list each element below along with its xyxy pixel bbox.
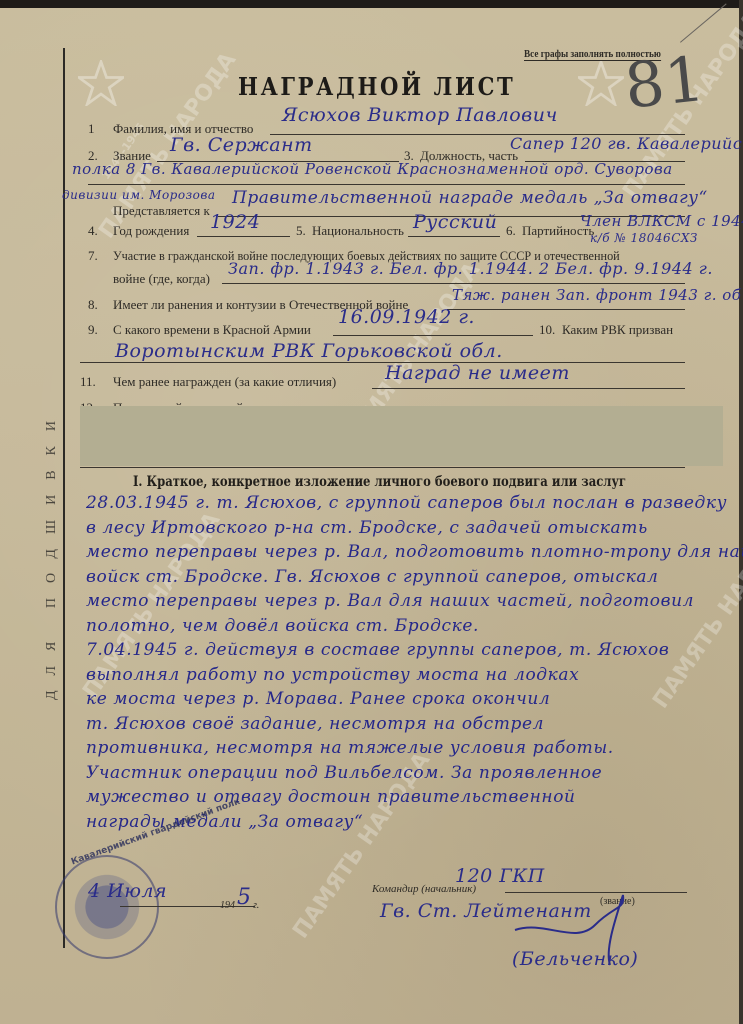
date-year-suffix: 5 [237, 885, 252, 910]
field-11-line [372, 388, 685, 389]
commander-unit: 120 ГКП [455, 865, 545, 887]
field-2-value: Гв. Сержант [170, 134, 313, 156]
field-10-line [80, 362, 685, 363]
field-7-number: 7. [88, 248, 98, 264]
field-10-label: Каким РВК призван [562, 322, 673, 338]
body-line: ке моста через р. Морава. Ранее срока ок… [86, 689, 550, 709]
body-line: выполнял работу по устройству моста на л… [86, 665, 579, 685]
field-7-value: Зап. фр. 1.1943 г. Бел. фр. 1.1944. 2 Бе… [228, 259, 713, 278]
field-6-number: 6. [506, 223, 516, 239]
field-11-value: Наград не имеет [385, 362, 570, 384]
field-10-value: Воротынским РВК Горьковской обл. [115, 340, 503, 362]
field-4-label: Год рождения [113, 223, 189, 239]
field-5-label: Национальность [312, 223, 404, 239]
field-8-number: 8. [88, 297, 98, 313]
body-line: в лесу Иртовского р-на ст. Бродске, с за… [86, 518, 648, 538]
scan-right-edge [739, 0, 743, 1024]
field-9-number: 9. [88, 322, 98, 338]
body-line: 7.04.1945 г. действуя в составе группы с… [86, 640, 669, 660]
field-8-line [447, 309, 685, 310]
scan-top-edge [0, 0, 743, 8]
section-1-heading: I. Краткое, конкретное изложение личного… [133, 474, 626, 490]
redacted-address-block [80, 406, 723, 466]
nominated-label: Представляется к [113, 203, 210, 219]
field-5-number: 5. [296, 223, 306, 239]
official-stamp [55, 855, 159, 959]
field-6-value: Член ВЛКСМ с 1944 [580, 212, 743, 230]
date-day-month: 4 Июля [88, 880, 167, 902]
field-6-value-line-2: к/б № 18046СХЗ [590, 231, 698, 245]
field-5-line [408, 236, 500, 237]
date-year-unit: г. [253, 900, 259, 911]
archive-corner-mark: 81 [621, 42, 708, 123]
body-line: место переправы через р. Вал, подготовит… [86, 542, 743, 562]
body-line: Участник операции под Вильбелсом. За про… [86, 763, 602, 783]
field-9-value: 16.09.1942 г. [338, 306, 475, 328]
field-7-label-line-2: войне (где, когда) [113, 271, 210, 287]
field-3-value: Сапер 120 гв. Кавалерийского [510, 134, 743, 153]
field-8-value: Тяж. ранен Зап. фронт 1943 г. об. [452, 286, 743, 304]
field-11-label: Чем ранее награжден (за какие отличия) [113, 374, 336, 390]
body-line: награды медали „За отвагу“ [86, 812, 363, 832]
binding-margin-rule [63, 48, 65, 948]
body-line: войск ст. Бродске. Гв. Ясюхов с группой … [86, 567, 659, 587]
field-5-value: Русский [413, 211, 497, 233]
body-line: место переправы через р. Вал для наших ч… [86, 591, 694, 611]
field-3-value-line-2: полка 8 Гв. Кавалерийской Ровенской Крас… [72, 160, 673, 178]
field-12-line [80, 467, 685, 468]
commander-signature: (Бельченко) [512, 948, 638, 970]
body-line: т. Ясюхов своё задание, несмотря на обст… [86, 714, 544, 734]
nominated-value: Правительственной награде медаль „За отв… [232, 188, 708, 208]
binding-margin-label: ДЛЯ ПОДШИВКИ [44, 406, 60, 700]
watermark-star-icon [78, 60, 124, 106]
field-10-number: 10. [539, 322, 555, 338]
body-line: 28.03.1945 г. т. Ясюхов, с группой сапер… [86, 493, 727, 513]
field-4-number: 4. [88, 223, 98, 239]
field-4-line [197, 236, 290, 237]
field-3-continuation-line [88, 184, 685, 185]
field-1-number: 1 [88, 121, 95, 137]
field-1-value: Ясюхов Виктор Павлович [282, 104, 558, 126]
date-year-prefix: 194 [220, 900, 235, 911]
field-9-label: С какого времени в Красной Армии [113, 322, 311, 338]
body-line: противника, несмотря на тяжелые условия … [86, 738, 614, 758]
field-7-line [222, 283, 685, 284]
document-title: НАГРАДНОЙ ЛИСТ [238, 72, 515, 101]
field-3-value-line-3: дивизии им. Морозова [62, 188, 216, 202]
watermark-star-icon [578, 60, 624, 106]
field-4-value: 1924 [210, 211, 260, 233]
body-line: полотно, чем довёл войска ст. Бродске. [86, 616, 479, 636]
field-9-line [333, 335, 533, 336]
body-line: мужество и отвагу достоин правительствен… [86, 787, 576, 807]
field-11-number: 11. [80, 374, 96, 390]
